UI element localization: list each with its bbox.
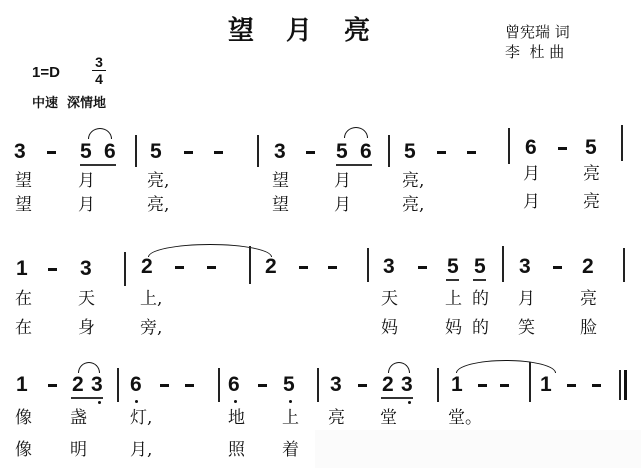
lyric: 的	[472, 318, 489, 338]
dash	[418, 266, 427, 269]
note: 3	[80, 258, 92, 280]
underline	[336, 164, 372, 166]
composer: 李 杜 曲	[505, 42, 570, 62]
title-char: 亮	[344, 10, 370, 47]
lyric: 像	[15, 408, 32, 428]
dash	[500, 384, 509, 387]
lyric: 亮,	[402, 195, 424, 215]
lyric: 在	[15, 318, 32, 338]
lyric: 天	[381, 289, 398, 309]
slur	[344, 127, 368, 138]
key-signature: 1=D	[32, 64, 60, 81]
bar-line	[257, 135, 259, 167]
low-octave-dot	[408, 401, 411, 404]
note: 3	[274, 141, 286, 163]
note: 1	[16, 374, 28, 396]
bar-line	[218, 368, 220, 402]
dash	[558, 147, 567, 150]
dash	[175, 266, 184, 269]
dash	[306, 151, 315, 154]
lyric: 月	[523, 164, 540, 184]
dash	[47, 151, 56, 154]
title-char: 望	[228, 10, 254, 47]
note: 5	[447, 256, 459, 278]
dash	[358, 384, 367, 387]
note: 6	[104, 141, 116, 163]
bar-line	[437, 368, 439, 402]
lyric: 望	[15, 195, 32, 215]
dash	[258, 384, 267, 387]
bar-line	[623, 248, 625, 282]
bar-line	[249, 246, 251, 284]
dash	[299, 266, 308, 269]
dash	[437, 151, 446, 154]
dash	[328, 266, 337, 269]
dash	[48, 268, 57, 271]
note: 6	[525, 137, 537, 159]
dash	[478, 384, 487, 387]
note: 6	[130, 374, 142, 396]
lyric: 的	[472, 289, 489, 309]
note: 5	[585, 137, 597, 159]
lyric: 月	[334, 195, 351, 215]
ts-denominator: 4	[92, 72, 106, 86]
lyric: 明	[70, 440, 87, 460]
lyric: 上	[282, 408, 299, 428]
lyric: 月,	[130, 440, 152, 460]
lyric: 旁,	[140, 318, 162, 338]
low-octave-dot	[289, 400, 292, 403]
lyric: 亮,	[147, 171, 169, 191]
bar-line	[124, 252, 126, 286]
bar-line	[388, 135, 390, 167]
lyric: 亮,	[147, 195, 169, 215]
note: 5	[404, 141, 416, 163]
underline	[473, 279, 486, 281]
underline	[80, 164, 116, 166]
dash	[48, 384, 57, 387]
note: 3	[330, 374, 342, 396]
note: 2	[141, 256, 153, 278]
lyric: 望	[272, 171, 289, 191]
lyric: 上	[445, 289, 462, 309]
low-octave-dot	[234, 400, 237, 403]
note: 3	[519, 256, 531, 278]
underline	[446, 279, 459, 281]
final-bar-line-thin	[619, 370, 621, 400]
lyric: 亮	[580, 289, 597, 309]
final-bar-line-thick	[624, 370, 627, 400]
slur	[388, 362, 410, 373]
bar-line	[621, 125, 623, 161]
dash	[567, 384, 576, 387]
note: 6	[228, 374, 240, 396]
lyricist: 曾宪瑞 词	[505, 22, 570, 42]
note: 5	[474, 256, 486, 278]
note: 2	[265, 256, 277, 278]
lyric: 亮,	[402, 171, 424, 191]
note: 1	[451, 374, 463, 396]
dash	[553, 266, 562, 269]
lyric: 照	[228, 440, 245, 460]
lyric: 亮	[328, 408, 345, 428]
bar-line	[135, 135, 137, 167]
slur	[88, 128, 112, 139]
lyric: 亮	[583, 192, 600, 212]
slur	[78, 362, 100, 373]
bar-line	[317, 368, 319, 402]
lyric: 身	[78, 318, 95, 338]
note: 5	[80, 141, 92, 163]
bar-line	[529, 362, 531, 402]
lyric: 月	[78, 195, 95, 215]
lyric: 上,	[140, 289, 162, 309]
note: 1	[540, 374, 552, 396]
bar-line	[117, 368, 119, 402]
dash	[214, 151, 223, 154]
lyric: 月	[334, 171, 351, 191]
lyric: 盏	[70, 408, 87, 428]
cover-block	[315, 430, 641, 468]
dash	[160, 384, 169, 387]
bar-line	[502, 246, 504, 282]
underline	[381, 397, 413, 399]
dash	[592, 384, 601, 387]
low-octave-dot	[98, 401, 101, 404]
lyric: 妈	[381, 318, 398, 338]
dash	[185, 384, 194, 387]
lyric: 亮	[583, 164, 600, 184]
lyric: 妈	[445, 318, 462, 338]
lyric: 堂	[380, 408, 397, 428]
lyric: 笑	[518, 318, 535, 338]
ts-numerator: 3	[92, 55, 106, 69]
note: 2	[382, 374, 394, 396]
dash	[184, 151, 193, 154]
note: 3	[383, 256, 395, 278]
lyric: 望	[272, 195, 289, 215]
lyric: 月	[518, 289, 535, 309]
note: 2	[72, 374, 84, 396]
lyric: 灯,	[130, 408, 152, 428]
dash	[467, 151, 476, 154]
lyric: 月	[523, 192, 540, 212]
lyric: 望	[15, 171, 32, 191]
credits: 曾宪瑞 词 李 杜 曲	[505, 22, 570, 62]
note: 5	[336, 141, 348, 163]
note: 3	[401, 374, 413, 396]
lyric: 天	[78, 289, 95, 309]
note: 6	[360, 141, 372, 163]
note: 5	[150, 141, 162, 163]
lyric: 地	[228, 408, 245, 428]
note: 1	[16, 258, 28, 280]
lyric: 月	[78, 171, 95, 191]
bar-line	[508, 128, 510, 164]
lyric: 堂。	[448, 408, 482, 428]
lyric: 像	[15, 440, 32, 460]
lyric: 脸	[580, 318, 597, 338]
time-signature: 3 4	[92, 55, 106, 86]
title-char: 月	[286, 10, 312, 47]
bar-line	[367, 248, 369, 282]
tie	[148, 244, 272, 257]
note: 2	[582, 256, 594, 278]
note: 5	[283, 374, 295, 396]
lyric: 在	[15, 289, 32, 309]
low-octave-dot	[135, 400, 138, 403]
underline	[71, 397, 103, 399]
note: 3	[91, 374, 103, 396]
tie	[456, 360, 556, 373]
tempo-marking: 中速 深情地	[32, 92, 106, 111]
lyric: 着	[282, 440, 299, 460]
dash	[207, 266, 216, 269]
note: 3	[14, 141, 26, 163]
